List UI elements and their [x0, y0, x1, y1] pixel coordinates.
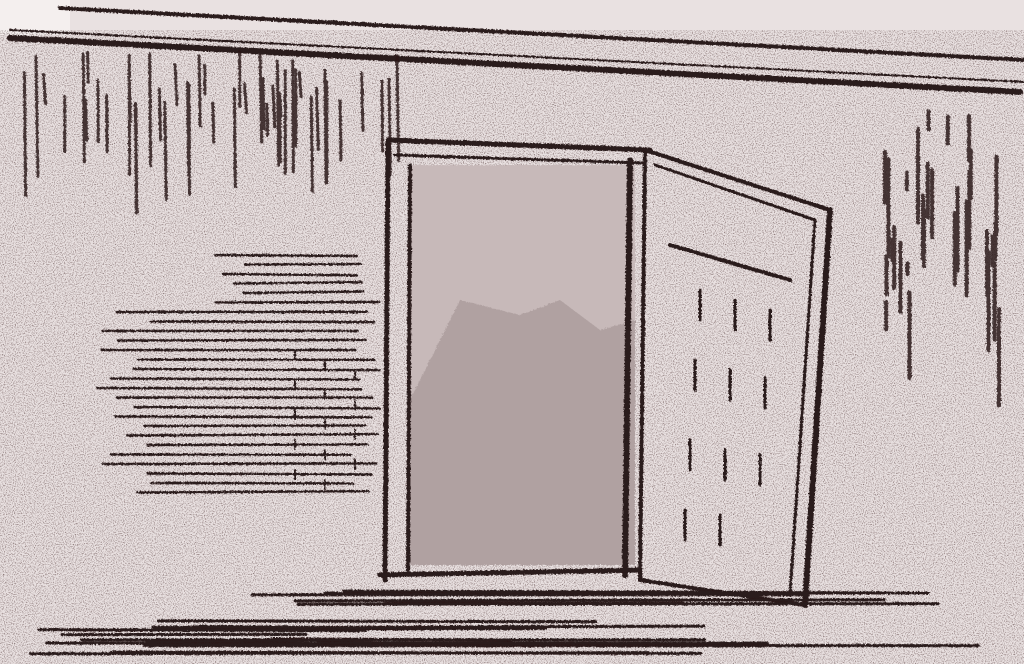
etching-artwork	[0, 0, 1024, 664]
doorway	[380, 140, 650, 580]
